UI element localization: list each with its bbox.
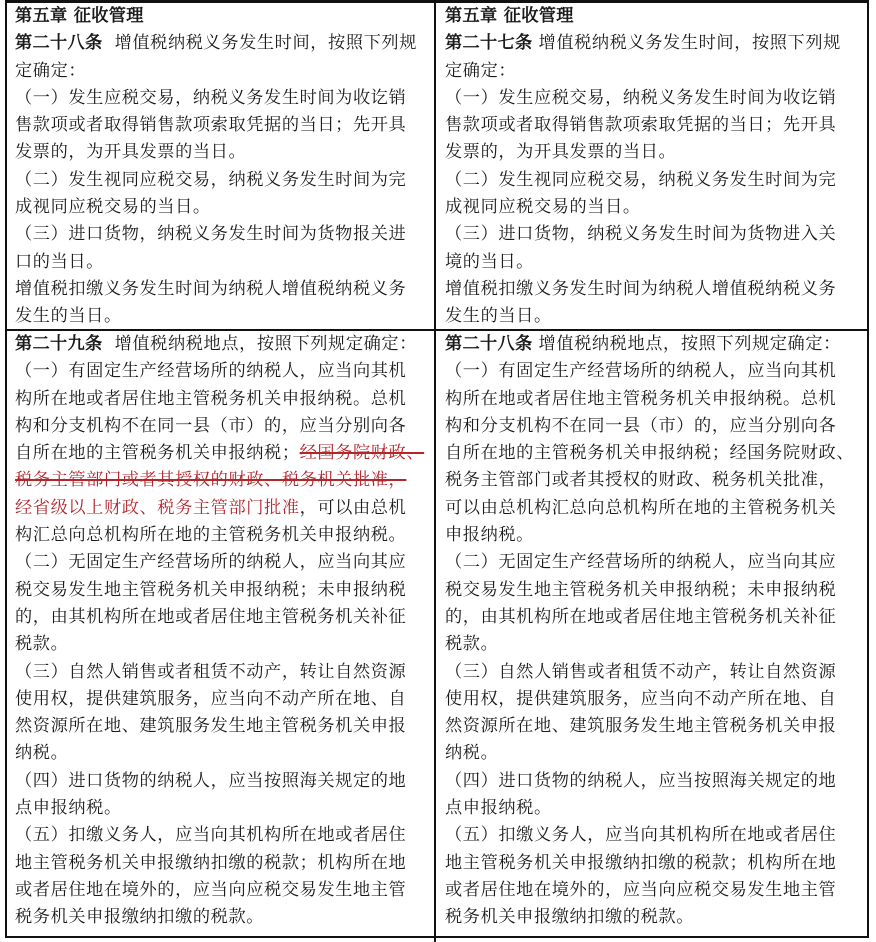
text-line-revised: 自所在地的主管税务机关申报纳税；经国务院财政、 [15, 440, 434, 467]
right-cell-article-28: 第二十八条 增值税纳税地点，按照下列规定确定： （一）有固定生产经营场所的纳税人… [437, 331, 867, 937]
text-line: （四）进口货物的纳税人，应当按照海关规定的地 [15, 768, 434, 795]
text-line: 地主管税务机关申报缴纳扣缴的税款；机构所在地 [15, 850, 434, 877]
article-first-line: 第二十九条 增值税纳税地点，按照下列规定确定： [15, 331, 434, 358]
text-line: （三）自然人销售或者租赁不动产，转让自然资源 [445, 659, 867, 686]
text-line: 构和分支机构不在同一县（市）的，应当分别向各 [445, 413, 867, 440]
text-line: 发生的当日。 [15, 303, 434, 330]
text-line: 的，由其机构所在地或者居住地主管税务机关补征 [445, 604, 867, 631]
text-line: 构所在地或者居住地主管税务机关申报纳税。总机 [445, 386, 867, 413]
text-line: 税交易发生地主管税务机关申报纳税；未申报纳税 [15, 577, 434, 604]
text-line: 境的当日。 [445, 249, 867, 276]
text-line: 然资源所在地、建筑服务发生地主管税务机关申报 [445, 713, 867, 740]
text-line: 点申报纳税。 [445, 795, 867, 822]
article-first-line: 第二十七条 增值税纳税义务发生时间，按照下列规 [445, 30, 867, 57]
text-line: 构和分支机构不在同一县（市）的，应当分别向各 [15, 413, 434, 440]
text-line: 售款项或者取得销售款项索取凭据的当日；先开具 [445, 112, 867, 139]
article-number: 第二十九条 [15, 334, 102, 354]
added-text: 经省级以上财政、税务主管部门批准 [15, 498, 300, 518]
text-line: （三）自然人销售或者租赁不动产，转让自然资源 [15, 659, 434, 686]
text-line: 然资源所在地、建筑服务发生地主管税务机关申报 [15, 713, 434, 740]
text-line: 定确定： [445, 58, 867, 85]
text-line: 税务机关申报缴纳扣缴的税款。 [15, 904, 434, 931]
text-line: 发生的当日。 [445, 303, 867, 330]
text-line-revised: 税务主管部门或者其授权的财政、税务机关批准， [15, 467, 434, 494]
text-line: 或者居住地在境外的，应当向应税交易发生地主管 [445, 877, 867, 904]
text-line: 发票的，为开具发票的当日。 [445, 139, 867, 166]
text-line: （五）扣缴义务人，应当向其机构所在地或者居住 [15, 822, 434, 849]
article-first-line: 第二十八条 增值税纳税义务发生时间，按照下列规 [15, 30, 434, 57]
text-line: 口的当日。 [15, 249, 434, 276]
text-line: 申报纳税。 [445, 522, 867, 549]
text-line: 使用权，提供建筑服务，应当向不动产所在地、自 [445, 686, 867, 713]
text-line: 税交易发生地主管税务机关申报纳税；未申报纳税 [445, 577, 867, 604]
article-number: 第二十七条 [445, 33, 532, 53]
text-line: 增值税扣缴义务发生时间为纳税人增值税纳税义务 [15, 276, 434, 303]
text-line: 纳税。 [445, 740, 867, 767]
text-line: 或者居住地在境外的，应当向应税交易发生地主管 [15, 877, 434, 904]
text-line: （一）发生应税交易，纳税义务发生时间为收讫销 [15, 85, 434, 112]
article-number: 第二十八条 [445, 334, 532, 354]
text-line-revised: 经省级以上财政、税务主管部门批准，可以由总机 [15, 495, 434, 522]
text-line: 成视同应税交易的当日。 [15, 194, 434, 221]
column-divider [434, 0, 436, 942]
text-line: （二）发生视同应税交易，纳税义务发生时间为完 [15, 167, 434, 194]
text-line: 纳税。 [15, 740, 434, 767]
text-line: （二）无固定生产经营场所的纳税人，应当向其应 [445, 549, 867, 576]
left-cell-article-28: 第五章 征收管理 第二十八条 增值税纳税义务发生时间，按照下列规 定确定： （一… [7, 3, 434, 329]
text-line: 增值税扣缴义务发生时间为纳税人增值税纳税义务 [445, 276, 867, 303]
text-line: 的，由其机构所在地或者居住地主管税务机关补征 [15, 604, 434, 631]
text-line: （一）发生应税交易，纳税义务发生时间为收讫销 [445, 85, 867, 112]
text-line: 构汇总向总机构所在地的主管税务机关申报纳税。 [15, 522, 434, 549]
text-line: 使用权，提供建筑服务，应当向不动产所在地、自 [15, 686, 434, 713]
text-line: 点申报纳税。 [15, 795, 434, 822]
text-line: （四）进口货物的纳税人，应当按照海关规定的地 [445, 768, 867, 795]
deleted-text: 税务主管部门或者其授权的财政、税务机关批准， [15, 470, 406, 490]
text-line: 地主管税务机关申报缴纳扣缴的税款；机构所在地 [445, 850, 867, 877]
text-line: 税款。 [15, 631, 434, 658]
text-line: （二）无固定生产经营场所的纳税人，应当向其应 [15, 549, 434, 576]
deleted-text: 经国务院财政、 [300, 443, 425, 463]
text-line: 自所在地的主管税务机关申报纳税；经国务院财政、 [445, 440, 867, 467]
text-line: （五）扣缴义务人，应当向其机构所在地或者居住 [445, 822, 867, 849]
text-line: 构所在地或者居住地主管税务机关申报纳税。总机 [15, 386, 434, 413]
text-line: （三）进口货物，纳税义务发生时间为货物报关进 [15, 221, 434, 248]
chapter-heading: 第五章 征收管理 [15, 3, 434, 30]
text-line: 发票的，为开具发票的当日。 [15, 139, 434, 166]
text-line: 税务机关申报缴纳扣缴的税款。 [445, 904, 867, 931]
article-first-line: 第二十八条 增值税纳税地点，按照下列规定确定： [445, 331, 867, 358]
text-line: （二）发生视同应税交易，纳税义务发生时间为完 [445, 167, 867, 194]
text-line: （一）有固定生产经营场所的纳税人，应当向其机 [15, 358, 434, 385]
text-line: 售款项或者取得销售款项索取凭据的当日；先开具 [15, 112, 434, 139]
chapter-heading: 第五章 征收管理 [445, 3, 867, 30]
text-line: 成视同应税交易的当日。 [445, 194, 867, 221]
text-line: 税务主管部门或者其授权的财政、税务机关批准， [445, 467, 867, 494]
left-cell-article-29: 第二十九条 增值税纳税地点，按照下列规定确定： （一）有固定生产经营场所的纳税人… [7, 331, 434, 937]
text-line: （一）有固定生产经营场所的纳税人，应当向其机 [445, 358, 867, 385]
article-number: 第二十八条 [15, 33, 102, 53]
text-line: （三）进口货物，纳税义务发生时间为货物进入关 [445, 221, 867, 248]
right-cell-article-27: 第五章 征收管理 第二十七条 增值税纳税义务发生时间，按照下列规 定确定： （一… [437, 3, 867, 329]
text-line: 可以由总机构汇总向总机构所在地的主管税务机关 [445, 495, 867, 522]
text-line: 税款。 [445, 631, 867, 658]
text-line: 定确定： [15, 58, 434, 85]
